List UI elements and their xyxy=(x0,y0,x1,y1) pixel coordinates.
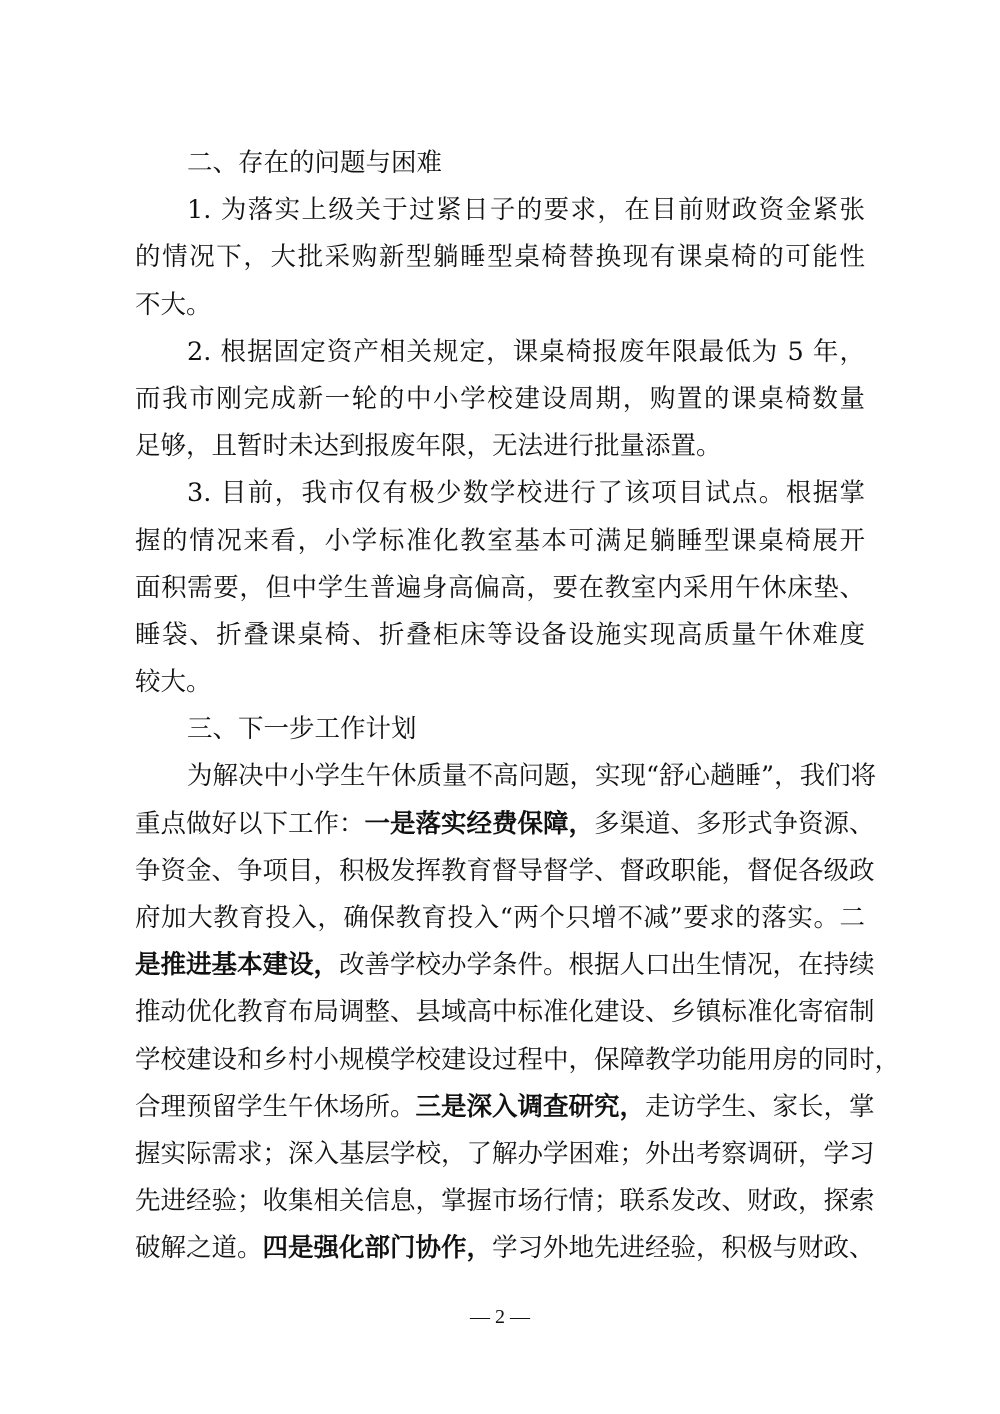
text: 合理预留学生午休场所。 xyxy=(135,1092,416,1122)
paragraph-line: 为解决中小学生午休质量不高问题，实现“舒心趟睡”，我们将 xyxy=(135,753,865,800)
text: 破解之道。 xyxy=(135,1233,263,1263)
paragraph-line: 先进经验；收集相关信息，掌握市场行情；联系发改、财政，探索 xyxy=(135,1178,865,1225)
paragraph-line: 争资金、争项目，积极发挥教育督导督学、督政职能，督促各级政 xyxy=(135,848,865,895)
text: 重点做好以下工作： xyxy=(135,809,365,839)
paragraph-line: 较大。 xyxy=(135,659,865,706)
paragraph-line: 睡袋、折叠课桌椅、折叠柜床等设备设施实现高质量午休难度 xyxy=(135,612,865,659)
paragraph-line: 握实际需求；深入基层学校，了解办学困难；外出考察调研，学习 xyxy=(135,1131,865,1178)
paragraph-line: 学校建设和乡村小规模学校建设过程中，保障教学功能用房的同时， xyxy=(135,1037,865,1084)
paragraph-line: 是推进基本建设，改善学校办学条件。根据人口出生情况，在持续 xyxy=(135,942,865,989)
text: 多渠道、多形式争资源、 xyxy=(594,809,875,839)
paragraph-line: 3. 目前，我市仅有极少数学校进行了该项目试点。根据掌 xyxy=(135,470,865,517)
paragraph-line: 破解之道。四是强化部门协作，学习外地先进经验，积极与财政、 xyxy=(135,1225,865,1272)
bold-text: 一是落实经费保障， xyxy=(365,809,595,839)
text: 改善学校办学条件。根据人口出生情况，在持续 xyxy=(339,950,875,980)
document-body: 二、存在的问题与困难 1. 为落实上级关于过紧日子的要求，在目前财政资金紧张 的… xyxy=(135,140,865,1273)
paragraph-line: 合理预留学生午休场所。三是深入调查研究，走访学生、家长，掌 xyxy=(135,1084,865,1131)
bold-text: 四是强化部门协作， xyxy=(263,1233,493,1263)
paragraph-line: 2. 根据固定资产相关规定，课桌椅报废年限最低为 5 年， xyxy=(135,329,865,376)
paragraph-line: 而我市刚完成新一轮的中小学校建设周期，购置的课桌椅数量 xyxy=(135,376,865,423)
paragraph-line: 足够，且暂时未达到报废年限，无法进行批量添置。 xyxy=(135,423,865,470)
page-number: — 2 — xyxy=(0,1306,1000,1329)
section-heading: 二、存在的问题与困难 xyxy=(135,140,865,187)
text: 走访学生、家长，掌 xyxy=(645,1092,875,1122)
paragraph-line: 重点做好以下工作：一是落实经费保障，多渠道、多形式争资源、 xyxy=(135,801,865,848)
bold-text: 三是深入调查研究， xyxy=(416,1092,646,1122)
paragraph-line: 推动优化教育布局调整、县域高中标准化建设、乡镇标准化寄宿制 xyxy=(135,989,865,1036)
bold-text: 是推进基本建设， xyxy=(135,950,339,980)
paragraph-line: 的情况下，大批采购新型躺睡型桌椅替换现有课桌椅的可能性 xyxy=(135,234,865,281)
paragraph-line: 握的情况来看，小学标准化教室基本可满足躺睡型课桌椅展开 xyxy=(135,518,865,565)
paragraph-line: 不大。 xyxy=(135,282,865,329)
text: 学习外地先进经验，积极与财政、 xyxy=(492,1233,875,1263)
paragraph-line: 1. 为落实上级关于过紧日子的要求，在目前财政资金紧张 xyxy=(135,187,865,234)
paragraph-line: 面积需要，但中学生普遍身高偏高，要在教室内采用午休床垫、 xyxy=(135,565,865,612)
paragraph-line: 府加大教育投入，确保教育投入“两个只增不减”要求的落实。二 xyxy=(135,895,865,942)
section-heading: 三、下一步工作计划 xyxy=(135,706,865,753)
